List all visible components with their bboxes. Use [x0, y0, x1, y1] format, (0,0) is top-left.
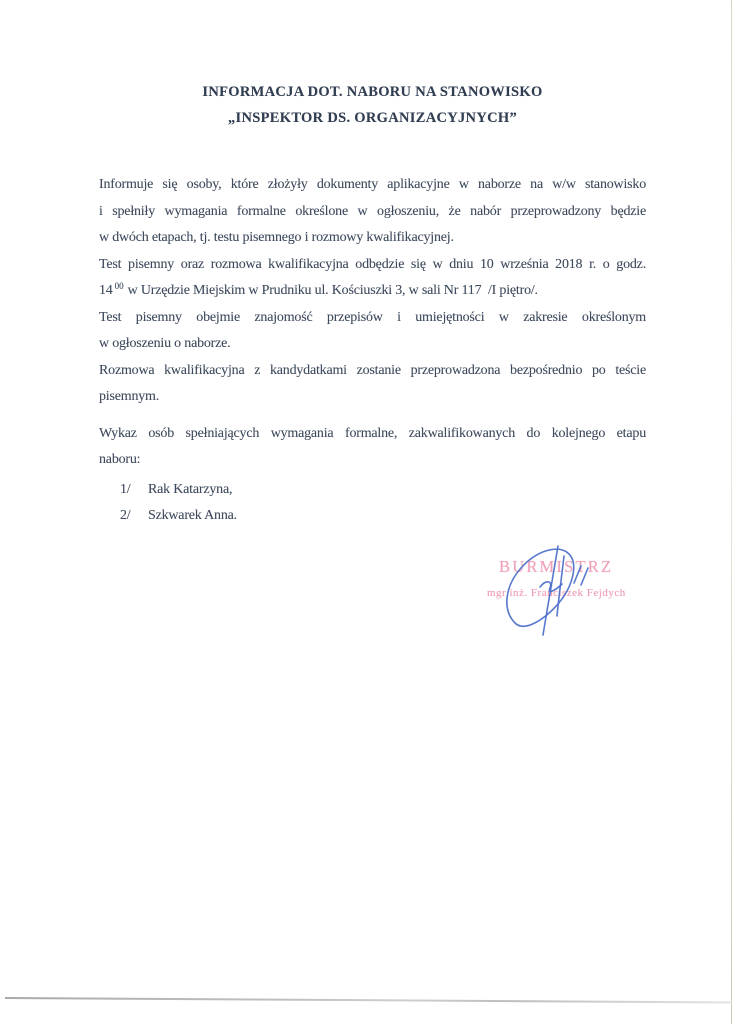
scan-edge-shadow-bottom — [5, 997, 732, 1003]
candidate-number: 2/ — [120, 503, 136, 530]
paragraph-1: Informuje się osoby, które złożyły dokum… — [99, 172, 646, 252]
candidate-row: 1/Rak Katarzyna, — [120, 477, 667, 504]
paragraph-line: Informuje się osoby, które złożyły dokum… — [99, 172, 646, 199]
signature-stroke-long — [543, 546, 558, 635]
time-superscript: 00 — [115, 281, 124, 291]
paragraph-line: Rozmowa kwalifikacyjna z kandydatkami zo… — [99, 358, 646, 385]
candidate-list: 1/Rak Katarzyna, 2/Szkwarek Anna. — [99, 477, 646, 530]
paragraph-5: Wykaz osób spełniających wymagania forma… — [99, 421, 646, 474]
document-body: Informuje się osoby, które złożyły dokum… — [99, 172, 646, 530]
candidate-name: Rak Katarzyna, — [148, 477, 232, 504]
paragraph-line: 1400w Urzędzie Miejskim w Prudniku ul. K… — [99, 278, 646, 305]
paragraph-line: naboru: — [99, 447, 646, 474]
scan-edge-shadow-right — [731, 0, 732, 1024]
paragraph-3: Test pisemny obejmie znajomość przepisów… — [99, 305, 646, 358]
paragraph-line: w ogłoszeniu o naborze. — [99, 331, 646, 358]
candidate-row: 2/Szkwarek Anna. — [120, 503, 667, 530]
paragraph-line: pisemnym. — [99, 384, 646, 411]
paragraph-line: Test pisemny obejmie znajomość przepisów… — [99, 305, 646, 332]
scanned-document-page: INFORMACJA DOT. NABORU NA STANOWISKO „IN… — [0, 0, 736, 1024]
paragraph-line: w dwóch etapach, tj. testu pisemnego i r… — [99, 225, 646, 252]
handwritten-signature-ink — [494, 537, 604, 639]
candidate-name: Szkwarek Anna. — [148, 503, 237, 530]
title-line-2: „INSPEKTOR DS. ORGANIZACYJNYCH” — [99, 105, 646, 131]
candidate-number: 1/ — [120, 477, 136, 504]
signature-slash-2 — [581, 568, 588, 585]
paragraph-line: Wykaz osób spełniających wymagania forma… — [99, 421, 646, 448]
paragraph-2: Test pisemny oraz rozmowa kwalifikacyjna… — [99, 252, 646, 305]
paragraph-4: Rozmowa kwalifikacyjna z kandydatkami zo… — [99, 358, 646, 411]
paragraph-line: Test pisemny oraz rozmowa kwalifikacyjna… — [99, 252, 646, 279]
paragraph-line: i spełniły wymagania formalne określone … — [99, 199, 646, 226]
title-line-1: INFORMACJA DOT. NABORU NA STANOWISKO — [99, 79, 646, 105]
paragraph-line-rest: w Urzędzie Miejskim w Prudniku ul. Kości… — [128, 283, 538, 298]
time-value: 14 — [99, 283, 113, 298]
document-title: INFORMACJA DOT. NABORU NA STANOWISKO „IN… — [99, 79, 646, 131]
signature-slash-1 — [574, 566, 581, 583]
